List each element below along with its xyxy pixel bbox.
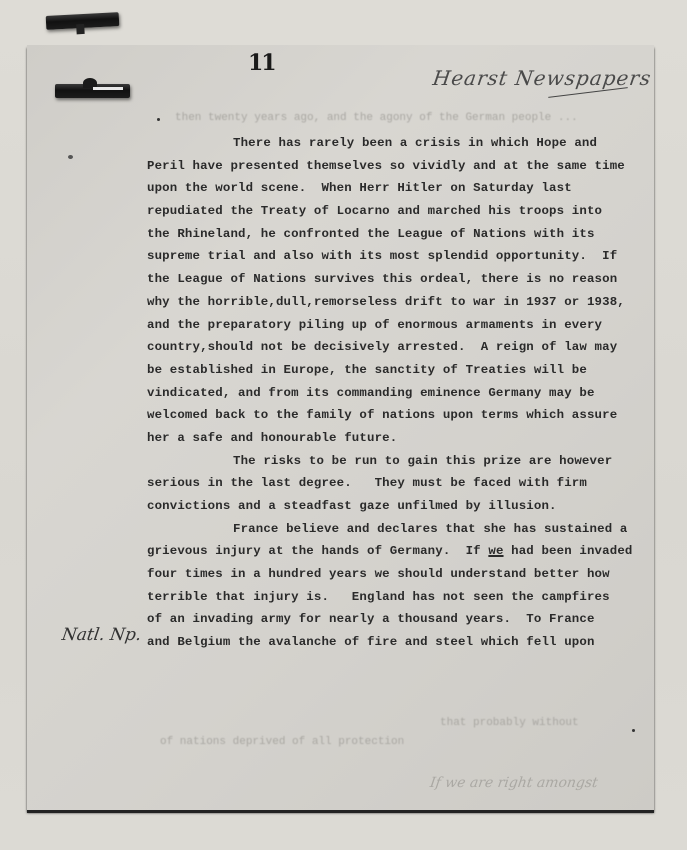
- text-line: her a safe and honourable future.: [147, 427, 657, 450]
- text-line: Peril have presented themselves so vivid…: [147, 155, 657, 178]
- text-line: be established in Europe, the sanctity o…: [147, 359, 657, 382]
- text-line: vindicated, and from its commanding emin…: [147, 382, 657, 405]
- text-line: serious in the last degree. They must be…: [147, 472, 657, 495]
- text-segment: had been invaded: [504, 544, 633, 558]
- bleed-through-text-bottom: of nations deprived of all protection: [160, 736, 404, 748]
- ink-dot: [157, 118, 160, 121]
- text-segment: grievous injury at the hands of Germany.…: [147, 544, 488, 558]
- typed-body-text: There has rarely been a crisis in which …: [147, 132, 657, 654]
- text-line: repudiated the Treaty of Locarno and mar…: [147, 200, 657, 223]
- text-line: the League of Nations survives this orde…: [147, 268, 657, 291]
- text-line: upon the world scene. When Herr Hitler o…: [147, 177, 657, 200]
- text-line: and Belgium the avalanche of fire and st…: [147, 631, 657, 654]
- text-line: terrible that injury is. England has not…: [147, 586, 657, 609]
- text-line-with-underline: grievous injury at the hands of Germany.…: [147, 540, 657, 563]
- text-line: the Rhineland, he confronted the League …: [147, 223, 657, 246]
- text-line: France believe and declares that she has…: [147, 518, 657, 541]
- text-line: The risks to be run to gain this prize a…: [147, 450, 657, 473]
- text-line: of an invading army for nearly a thousan…: [147, 608, 657, 631]
- bleed-through-text-top: then twenty years ago, and the agony of …: [175, 112, 615, 124]
- text-line: There has rarely been a crisis in which …: [147, 132, 657, 155]
- text-line: welcomed back to the family of nations u…: [147, 404, 657, 427]
- text-line: convictions and a steadfast gaze unfilme…: [147, 495, 657, 518]
- page-number: 11: [248, 50, 275, 76]
- paper-fastener-tag: [55, 84, 130, 98]
- text-line: country,should not be decisively arreste…: [147, 336, 657, 359]
- handwritten-header-note: Hearst Newspapers: [431, 66, 653, 90]
- ink-dot: [632, 729, 635, 732]
- underlined-word: we: [488, 544, 503, 558]
- handwritten-margin-note: Natl. Np.: [61, 625, 143, 645]
- text-line: and the preparatory piling up of enormou…: [147, 314, 657, 337]
- text-line: why the horrible,dull,remorseless drift …: [147, 291, 657, 314]
- bleed-through-text-bottom: that probably without: [440, 717, 579, 729]
- ink-smudge: [68, 155, 73, 159]
- text-line: supreme trial and also with its most spl…: [147, 245, 657, 268]
- text-line: four times in a hundred years we should …: [147, 563, 657, 586]
- faint-handwriting-bleed: If we are right amongst: [429, 775, 599, 791]
